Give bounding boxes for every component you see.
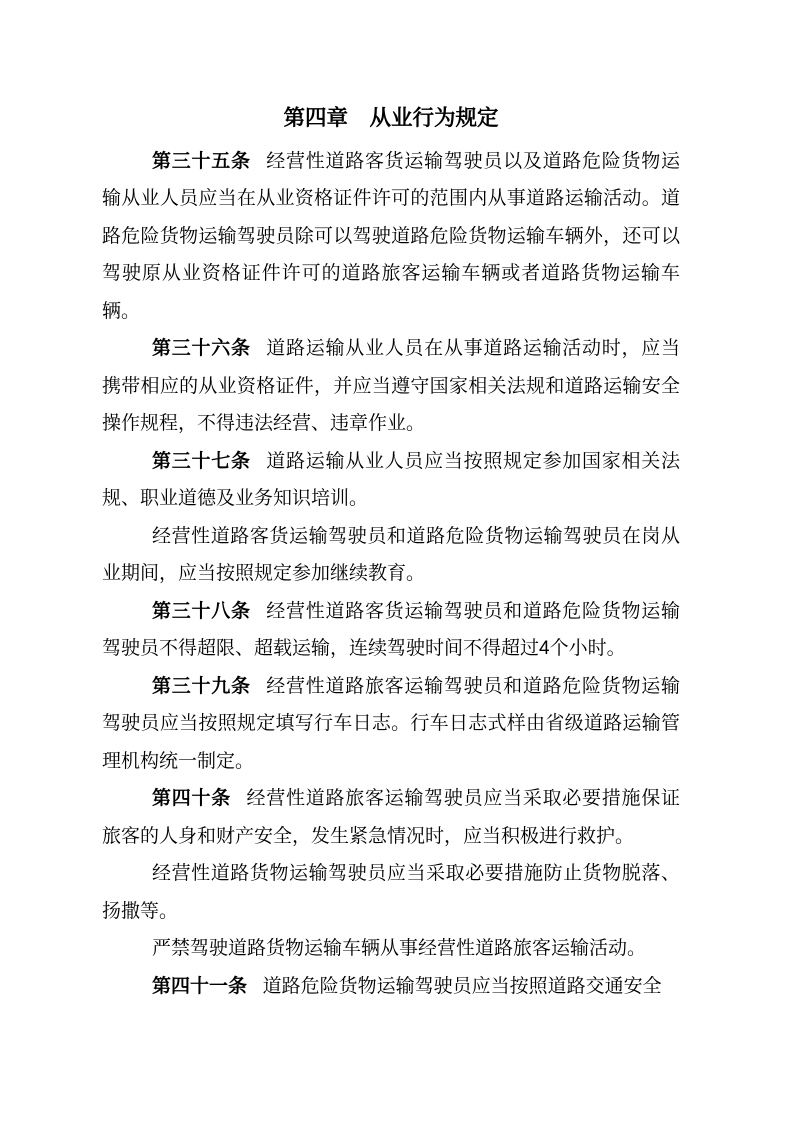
paragraph: 第三十六条道路运输从业人员在从事道路运输活动时，应当携带相应的从业资格证件，并应… bbox=[102, 330, 680, 443]
paragraph: 第三十九条经营性道路旅客运输驾驶员和道路危险货物运输驾驶员应当按照规定填写行车日… bbox=[102, 668, 680, 781]
article-number: 第三十七条 bbox=[152, 451, 251, 472]
paragraph: 第三十七条道路运输从业人员应当按照规定参加国家相关法规、职业道德及业务知识培训。 bbox=[102, 443, 680, 518]
article-text: 经营性道路客货运输驾驶员以及道路危险货物运输从业人员应当在从业资格证件许可的范围… bbox=[102, 151, 680, 322]
paragraph: 严禁驾驶道路货物运输车辆从事经营性道路旅客运输活动。 bbox=[102, 930, 680, 968]
article-number: 第四十一条 bbox=[152, 976, 247, 997]
document-content: 第四章 从业行为规定 第三十五条经营性道路客货运输驾驶员以及道路危险货物运输从业… bbox=[102, 100, 680, 1005]
article-number: 第三十五条 bbox=[152, 151, 251, 172]
paragraph-container: 第三十五条经营性道路客货运输驾驶员以及道路危险货物运输从业人员应当在从业资格证件… bbox=[102, 143, 680, 1006]
article-text: 严禁驾驶道路货物运输车辆从事经营性道路旅客运输活动。 bbox=[152, 938, 646, 959]
article-number: 第四十条 bbox=[152, 788, 231, 809]
article-text: 经营性道路客货运输驾驶员和道路危险货物运输驾驶员在岗从业期间，应当按照规定参加继… bbox=[102, 526, 680, 585]
article-number: 第三十九条 bbox=[152, 676, 251, 697]
article-text: 经营性道路货物运输驾驶员应当采取必要措施防止货物脱落、扬撒等。 bbox=[102, 863, 680, 922]
paragraph: 经营性道路货物运输驾驶员应当采取必要措施防止货物脱落、扬撒等。 bbox=[102, 855, 680, 930]
paragraph: 第四十条经营性道路旅客运输驾驶员应当采取必要措施保证旅客的人身和财产安全，发生紧… bbox=[102, 780, 680, 855]
paragraph: 第三十八条经营性道路客货运输驾驶员和道路危险货物运输驾驶员不得超限、超载运输，连… bbox=[102, 593, 680, 668]
article-number: 第三十六条 bbox=[152, 338, 251, 359]
article-text: 道路危险货物运输驾驶员应当按照道路交通安全 bbox=[263, 976, 662, 997]
paragraph: 经营性道路客货运输驾驶员和道路危险货物运输驾驶员在岗从业期间，应当按照规定参加继… bbox=[102, 518, 680, 593]
document-page: 第四章 从业行为规定 第三十五条经营性道路客货运输驾驶员以及道路危险货物运输从业… bbox=[0, 0, 793, 1122]
paragraph: 第四十一条道路危险货物运输驾驶员应当按照道路交通安全 bbox=[102, 968, 680, 1006]
chapter-title: 第四章 从业行为规定 bbox=[102, 100, 680, 138]
article-number: 第三十八条 bbox=[152, 601, 251, 622]
paragraph: 第三十五条经营性道路客货运输驾驶员以及道路危险货物运输从业人员应当在从业资格证件… bbox=[102, 143, 680, 331]
